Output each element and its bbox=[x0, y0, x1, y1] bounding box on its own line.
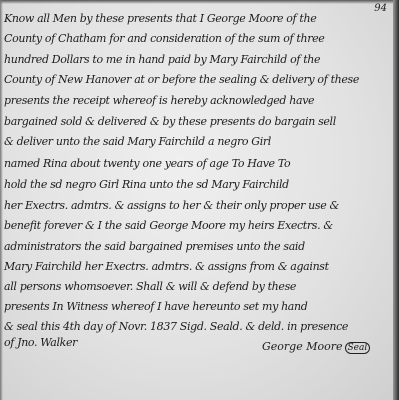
page-edge-top bbox=[0, 0, 399, 4]
deed-line: administrators the said bargained premis… bbox=[4, 240, 305, 254]
deed-line: of Jno. Walker bbox=[4, 336, 77, 350]
seal-mark: Seal bbox=[345, 342, 371, 354]
deed-line: presents In Witness whereof I have hereu… bbox=[4, 300, 307, 314]
deed-line: presents the receipt whereof is hereby a… bbox=[4, 94, 314, 108]
page-edge-right bbox=[393, 0, 399, 400]
deed-line: & seal this 4th day of Novr. 1837 Sigd. … bbox=[4, 320, 348, 334]
deed-line: Know all Men by these presents that I Ge… bbox=[4, 12, 316, 26]
page-edge-left bbox=[0, 0, 3, 400]
document-page: 94 Know all Men by these presents that I… bbox=[0, 0, 399, 400]
folio-number: 94 bbox=[374, 3, 387, 14]
deed-line: bargained sold & delivered & by these pr… bbox=[4, 115, 336, 129]
deed-line: Mary Fairchild her Exectrs. admtrs. & as… bbox=[4, 260, 329, 274]
grantor-signature: George MooreSeal bbox=[262, 340, 370, 354]
deed-line: & deliver unto the said Mary Fairchild a… bbox=[4, 135, 271, 149]
deed-line: County of Chatham for and consideration … bbox=[4, 32, 324, 46]
deed-line: hundred Dollars to me in hand paid by Ma… bbox=[4, 53, 320, 67]
deed-line: County of New Hanover at or before the s… bbox=[4, 73, 359, 87]
deed-line: benefit forever & I the said George Moor… bbox=[4, 219, 333, 233]
deed-line: her Exectrs. admtrs. & assigns to her & … bbox=[4, 199, 339, 213]
deed-line: hold the sd negro Girl Rina unto the sd … bbox=[4, 178, 289, 192]
signature-name: George Moore bbox=[262, 340, 343, 353]
deed-line: all persons whomsoever. Shall & will & d… bbox=[4, 280, 296, 294]
deed-line: named Rina about twenty one years of age… bbox=[4, 157, 290, 171]
